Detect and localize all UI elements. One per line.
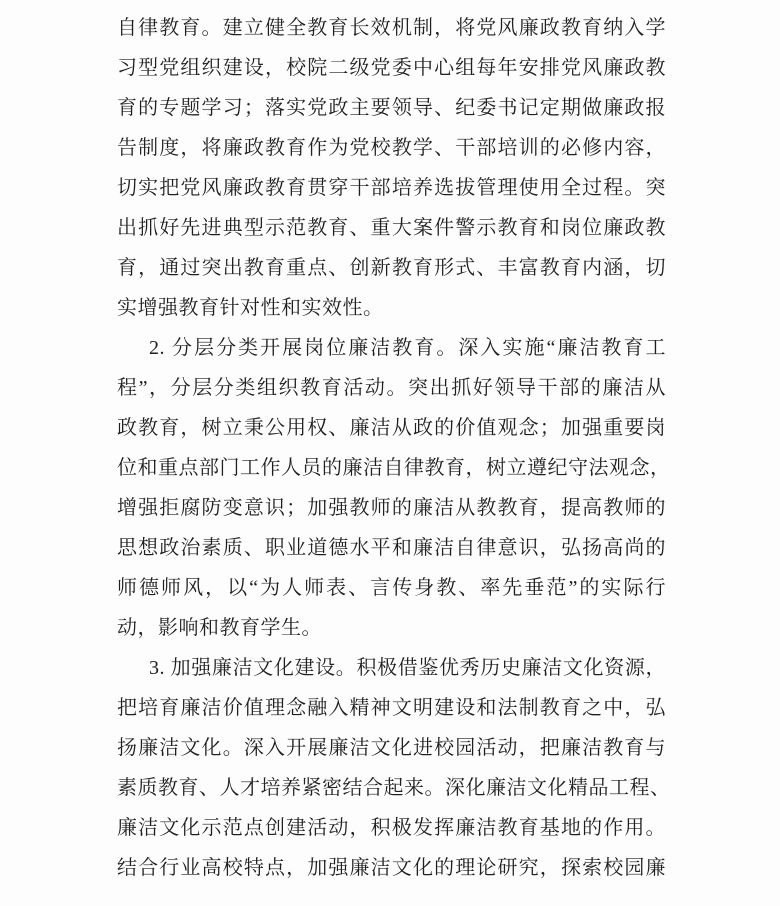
text-line: 告制度，将廉政教育作为党校教学、干部培训的必修内容， [117, 128, 666, 168]
text-line: 结合行业高校特点，加强廉洁文化的理论研究，探索校园廉 [117, 848, 666, 888]
text-line: 动，影响和教育学生。 [117, 608, 666, 648]
paragraph-1: 自律教育。建立健全教育长效机制，将党风廉政教育纳入学习型党组织建设，校院二级党委… [117, 8, 666, 328]
text-line: 把培育廉洁价值理念融入精神文明建设和法制教育之中，弘 [117, 688, 666, 728]
text-line: 扬廉洁文化。深入开展廉洁文化进校园活动，把廉洁教育与 [117, 728, 666, 768]
text-line: 3. 加强廉洁文化建设。积极借鉴优秀历史廉洁文化资源， [117, 648, 666, 688]
text-line: 师德师风，以“为人师表、言传身教、率先垂范”的实际行 [117, 568, 666, 608]
text-line: 出抓好先进典型示范教育、重大案件警示教育和岗位廉政教 [117, 208, 666, 248]
text-line: 廉洁文化示范点创建活动，积极发挥廉洁教育基地的作用。 [117, 808, 666, 848]
text-line: 育的专题学习；落实党政主要领导、纪委书记定期做廉政报 [117, 88, 666, 128]
text-line: 育，通过突出教育重点、创新教育形式、丰富教育内涵，切 [117, 248, 666, 288]
paragraph-2: 2. 分层分类开展岗位廉洁教育。深入实施“廉洁教育工程”，分层分类组织教育活动。… [117, 328, 666, 648]
text-line: 习型党组织建设，校院二级党委中心组每年安排党风廉政教 [117, 48, 666, 88]
text-line: 位和重点部门工作人员的廉洁自律教育，树立遵纪守法观念， [117, 448, 666, 488]
text-line: 自律教育。建立健全教育长效机制，将党风廉政教育纳入学 [117, 8, 666, 48]
paragraph-3: 3. 加强廉洁文化建设。积极借鉴优秀历史廉洁文化资源，把培育廉洁价值理念融入精神… [117, 648, 666, 888]
text-line: 政教育，树立秉公用权、廉洁从政的价值观念；加强重要岗 [117, 408, 666, 448]
text-line: 素质教育、人才培养紧密结合起来。深化廉洁文化精品工程、 [117, 768, 666, 808]
text-line: 增强拒腐防变意识；加强教师的廉洁从教教育，提高教师的 [117, 488, 666, 528]
text-line: 2. 分层分类开展岗位廉洁教育。深入实施“廉洁教育工 [117, 328, 666, 368]
text-line: 实增强教育针对性和实效性。 [117, 288, 666, 328]
text-line: 切实把党风廉政教育贯穿干部培养选拔管理使用全过程。突 [117, 168, 666, 208]
document-page: 自律教育。建立健全教育长效机制，将党风廉政教育纳入学习型党组织建设，校院二级党委… [0, 0, 780, 906]
text-line: 思想政治素质、职业道德水平和廉洁自律意识，弘扬高尚的 [117, 528, 666, 568]
text-line: 程”，分层分类组织教育活动。突出抓好领导干部的廉洁从 [117, 368, 666, 408]
text-block: 自律教育。建立健全教育长效机制，将党风廉政教育纳入学习型党组织建设，校院二级党委… [117, 8, 666, 888]
